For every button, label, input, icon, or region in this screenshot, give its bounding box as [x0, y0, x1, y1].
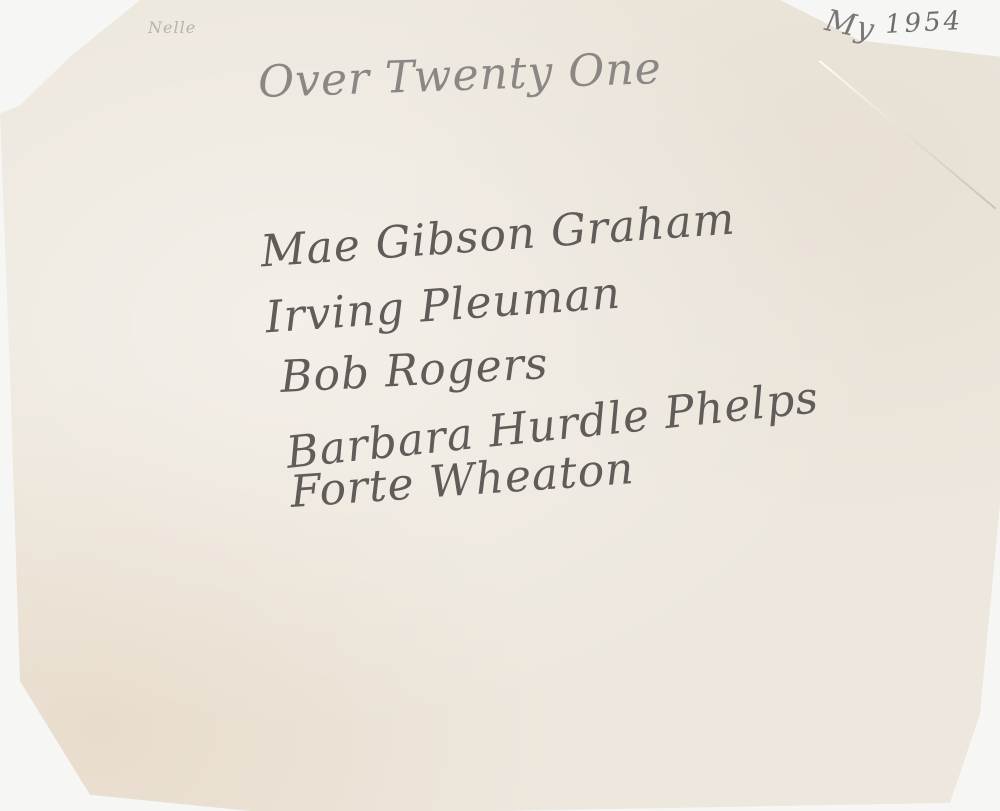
- faint-note: Nelle: [148, 18, 196, 37]
- year-note: 1954: [884, 6, 964, 40]
